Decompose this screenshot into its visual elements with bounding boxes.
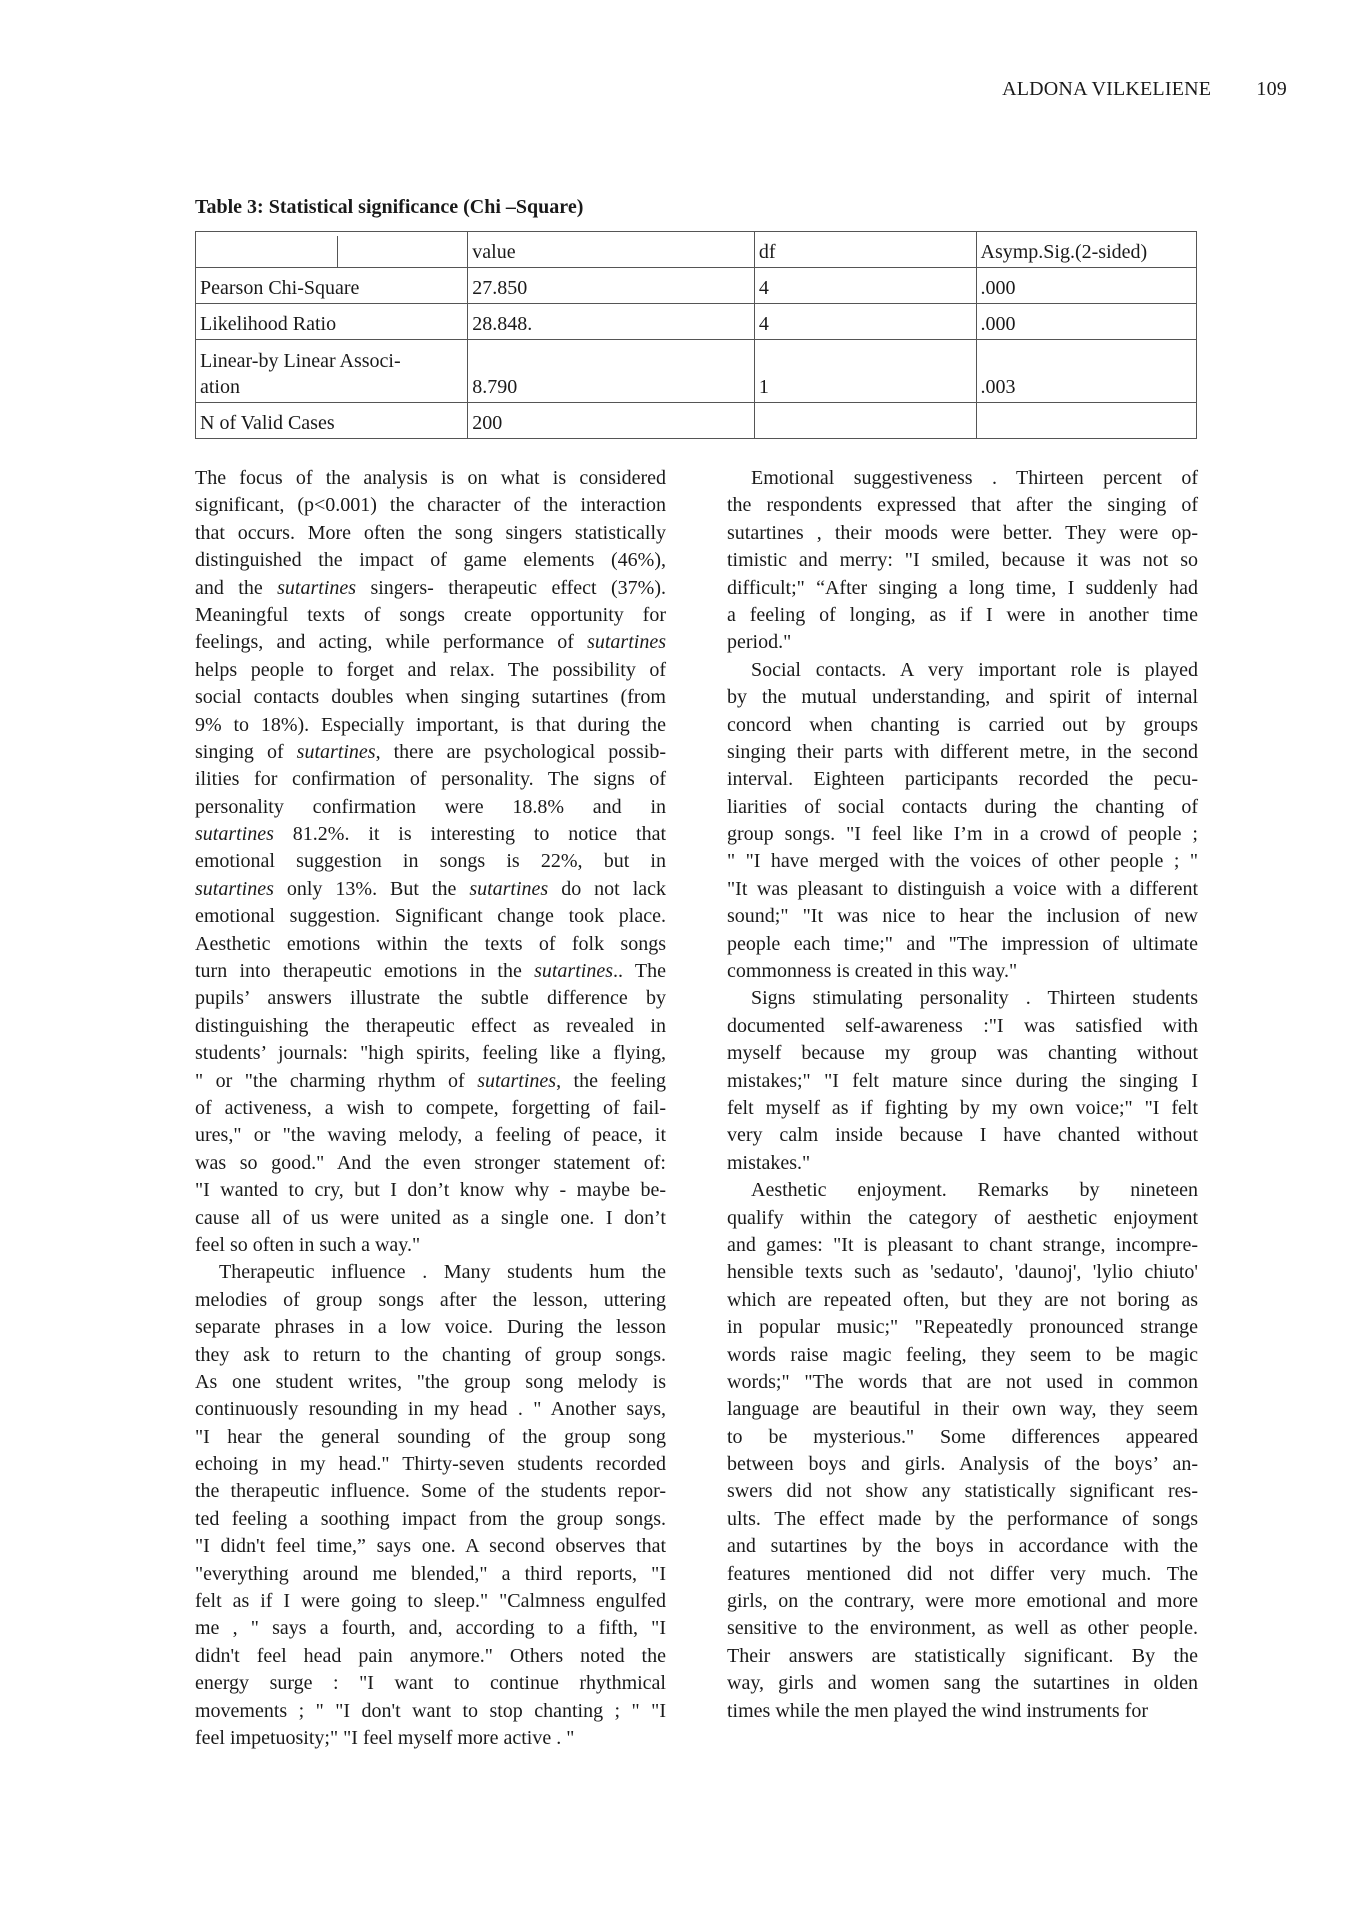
text-line: difficult;" “After singing a long time, … <box>727 575 1198 602</box>
text-line: singing their parts with different metre… <box>727 739 1198 766</box>
row-df: 4 <box>754 268 976 304</box>
body-column-left: The focus of the analysis is on what is … <box>195 465 666 1752</box>
row-label: Linear-by Linear Associ- ation <box>196 340 468 403</box>
table-row: Linear-by Linear Associ- ation 8.790 1 .… <box>196 340 1197 403</box>
text-line: movements ; " "I don't want to stop chan… <box>195 1698 666 1725</box>
text-line: between boys and girls. Analysis of the … <box>727 1451 1198 1478</box>
text-line: energy surge : "I want to continue rhyth… <box>195 1670 666 1697</box>
text-line: melodies of group songs after the lesson… <box>195 1287 666 1314</box>
text-line: that occurs. More often the song singers… <box>195 520 666 547</box>
text-line: separate phrases in a low voice. During … <box>195 1314 666 1341</box>
header-cell-df: df <box>754 232 976 268</box>
text-line: echoing in my head." Thirty-seven studen… <box>195 1451 666 1478</box>
text-line: personality confirmation were 18.8% and … <box>195 794 666 821</box>
text-line: and the sutartines singers- therapeutic … <box>195 575 666 602</box>
text-line: singing of sutartines, there are psychol… <box>195 739 666 766</box>
text-line: words raise magic feeling, they seem to … <box>727 1342 1198 1369</box>
row-label-line: Linear-by Linear Associ- <box>200 348 463 374</box>
text-line: "I hear the general sounding of the grou… <box>195 1424 666 1451</box>
text-line: "I wanted to cry, but I don’t know why -… <box>195 1177 666 1204</box>
text-line: felt as if I were going to sleep." "Calm… <box>195 1588 666 1615</box>
text-line: distinguishing the therapeutic effect as… <box>195 1013 666 1040</box>
text-line: me , " says a fourth, and, according to … <box>195 1615 666 1642</box>
row-value: 28.848. <box>468 304 755 340</box>
text-line: turn into therapeutic emotions in the su… <box>195 958 666 985</box>
row-label: Likelihood Ratio <box>196 304 468 340</box>
text-line: students’ journals: "high spirits, feeli… <box>195 1040 666 1067</box>
text-line: was so good." And the even stronger stat… <box>195 1150 666 1177</box>
text-line: by the mutual understanding, and spirit … <box>727 684 1198 711</box>
text-line: very calm inside because I have chanted … <box>727 1122 1198 1149</box>
text-line: feelings, and acting, while performance … <box>195 629 666 656</box>
text-line: commonness is created in this way." <box>727 958 1198 985</box>
row-value: 8.790 <box>468 340 755 403</box>
text-line: way, girls and women sang the sutartines… <box>727 1670 1198 1697</box>
body-column-right: Emotional suggestiveness . Thirteen perc… <box>727 465 1198 1725</box>
row-df <box>754 403 976 439</box>
text-line: significant, (p<0.001) the character of … <box>195 492 666 519</box>
row-sig: .000 <box>976 268 1197 304</box>
text-line: sound;" "It was nice to hear the inclusi… <box>727 903 1198 930</box>
page-number: 109 <box>1256 78 1287 100</box>
text-line: period." <box>727 629 1198 656</box>
text-line: didn't feel head pain anymore." Others n… <box>195 1643 666 1670</box>
text-line: features mentioned did not differ very m… <box>727 1561 1198 1588</box>
row-label-line: ation <box>200 374 463 400</box>
text-line: interval. Eighteen participants recorded… <box>727 766 1198 793</box>
text-line: group songs. "I feel like I’m in a crowd… <box>727 821 1198 848</box>
row-df: 1 <box>754 340 976 403</box>
text-line: and games: "It is pleasant to chant stra… <box>727 1232 1198 1259</box>
header-cell-value: value <box>468 232 755 268</box>
table-row: N of Valid Cases 200 <box>196 403 1197 439</box>
text-line: sutartines only 13%. But the sutartines … <box>195 876 666 903</box>
text-line: times while the men played the wind inst… <box>727 1698 1198 1725</box>
header-cell-empty <box>196 232 468 268</box>
text-line: emotional suggestion. Significant change… <box>195 903 666 930</box>
text-line: Emotional suggestiveness . Thirteen perc… <box>727 465 1198 492</box>
text-line: documented self-awareness :"I was satisf… <box>727 1013 1198 1040</box>
text-line: Meaningful texts of songs create opportu… <box>195 602 666 629</box>
row-sig: .003 <box>976 340 1197 403</box>
text-line: in popular music;" "Repeatedly pronounce… <box>727 1314 1198 1341</box>
text-line: 9% to 18%). Especially important, is tha… <box>195 712 666 739</box>
text-line: of activeness, a wish to compete, forget… <box>195 1095 666 1122</box>
text-line: cause all of us were united as a single … <box>195 1205 666 1232</box>
row-label: Pearson Chi-Square <box>196 268 468 304</box>
text-line: " or "the charming rhythm of sutartines,… <box>195 1068 666 1095</box>
text-line: hensible texts such as 'sedauto', 'dauno… <box>727 1259 1198 1286</box>
text-line: distinguished the impact of game element… <box>195 547 666 574</box>
text-line: which are repeated often, but they are n… <box>727 1287 1198 1314</box>
text-line: ted feeling a soothing impact from the g… <box>195 1506 666 1533</box>
text-line: continuously resounding in my head . " A… <box>195 1396 666 1423</box>
text-line: Aesthetic emotions within the texts of f… <box>195 931 666 958</box>
text-line: sensitive to the environment, as well as… <box>727 1615 1198 1642</box>
text-line: sutartines , their moods were better. Th… <box>727 520 1198 547</box>
row-sig <box>976 403 1197 439</box>
text-line: to be mysterious." Some differences appe… <box>727 1424 1198 1451</box>
text-line: "I didn't feel time,” says one. A second… <box>195 1533 666 1560</box>
text-line: mistakes;" "I felt mature since during t… <box>727 1068 1198 1095</box>
author-name: ALDONA VILKELIENE <box>1002 78 1211 100</box>
text-line: they ask to return to the chanting of gr… <box>195 1342 666 1369</box>
text-line: language are beautiful in their own way,… <box>727 1396 1198 1423</box>
table-caption: Table 3: Statistical significance (Chi –… <box>195 196 583 219</box>
running-header: ALDONA VILKELIENE 109 <box>1002 78 1287 101</box>
text-line: Their answers are statistically signific… <box>727 1643 1198 1670</box>
text-line: girls, on the contrary, were more emotio… <box>727 1588 1198 1615</box>
text-line: a feeling of longing, as if I were in an… <box>727 602 1198 629</box>
text-line: helps people to forget and relax. The po… <box>195 657 666 684</box>
text-line: timistic and merry: "I smiled, because i… <box>727 547 1198 574</box>
text-line: Social contacts. A very important role i… <box>727 657 1198 684</box>
row-df: 4 <box>754 304 976 340</box>
text-line: pupils’ answers illustrate the subtle di… <box>195 985 666 1012</box>
table-header-row: value df Asymp.Sig.(2-sided) <box>196 232 1197 268</box>
text-line: "everything around me blended," a third … <box>195 1561 666 1588</box>
text-line: " "I have merged with the voices of othe… <box>727 848 1198 875</box>
text-line: qualify within the category of aesthetic… <box>727 1205 1198 1232</box>
row-label: N of Valid Cases <box>196 403 468 439</box>
table-row: Likelihood Ratio 28.848. 4 .000 <box>196 304 1197 340</box>
text-line: the therapeutic influence. Some of the s… <box>195 1478 666 1505</box>
text-line: concord when chanting is carried out by … <box>727 712 1198 739</box>
text-line: "It was pleasant to distinguish a voice … <box>727 876 1198 903</box>
text-line: Aesthetic enjoyment. Remarks by nineteen <box>727 1177 1198 1204</box>
text-line: people each time;" and "The impression o… <box>727 931 1198 958</box>
row-value: 27.850 <box>468 268 755 304</box>
text-line: liarities of social contacts during the … <box>727 794 1198 821</box>
text-line: social contacts doubles when singing sut… <box>195 684 666 711</box>
text-line: myself because my group was chanting wit… <box>727 1040 1198 1067</box>
text-line: ures," or "the waving melody, a feeling … <box>195 1122 666 1149</box>
text-line: emotional suggestion in songs is 22%, bu… <box>195 848 666 875</box>
text-line: mistakes." <box>727 1150 1198 1177</box>
chi-square-table: value df Asymp.Sig.(2-sided) Pearson Chi… <box>195 231 1197 439</box>
text-line: swers did not show any statistically sig… <box>727 1478 1198 1505</box>
row-value: 200 <box>468 403 755 439</box>
text-line: The focus of the analysis is on what is … <box>195 465 666 492</box>
text-line: sutartines 81.2%. it is interesting to n… <box>195 821 666 848</box>
text-line: feel so often in such a way." <box>195 1232 666 1259</box>
text-line: Therapeutic influence . Many students hu… <box>195 1259 666 1286</box>
text-line: ilities for confirmation of personality.… <box>195 766 666 793</box>
text-line: felt myself as if fighting by my own voi… <box>727 1095 1198 1122</box>
text-line: words;" "The words that are not used in … <box>727 1369 1198 1396</box>
row-sig: .000 <box>976 304 1197 340</box>
text-line: As one student writes, "the group song m… <box>195 1369 666 1396</box>
text-line: the respondents expressed that after the… <box>727 492 1198 519</box>
text-line: Signs stimulating personality . Thirteen… <box>727 985 1198 1012</box>
table-row: Pearson Chi-Square 27.850 4 .000 <box>196 268 1197 304</box>
text-line: and sutartines by the boys in accordance… <box>727 1533 1198 1560</box>
text-line: feel impetuosity;" "I feel myself more a… <box>195 1725 666 1752</box>
text-line: ults. The effect made by the performance… <box>727 1506 1198 1533</box>
header-cell-sig: Asymp.Sig.(2-sided) <box>976 232 1197 268</box>
